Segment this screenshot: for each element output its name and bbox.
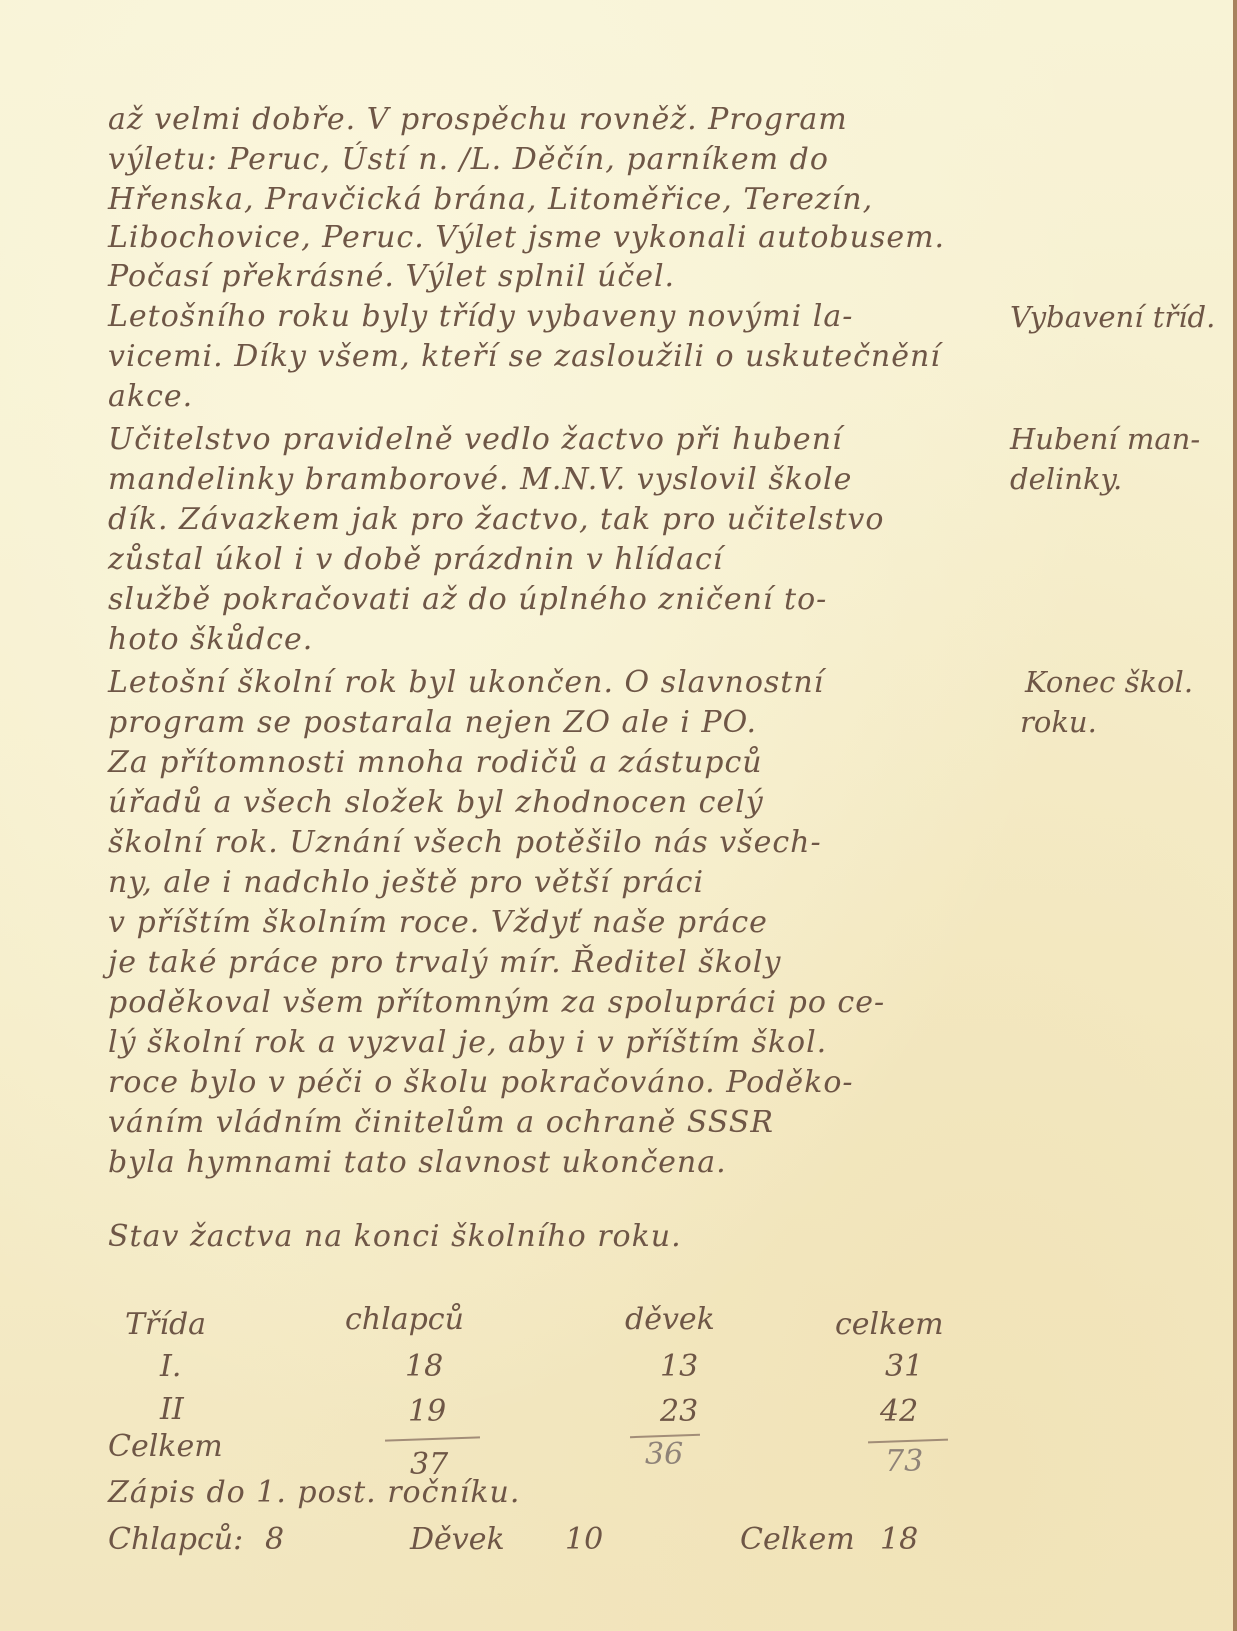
margin-note: Konec škol. [1025, 668, 1193, 697]
text-line: v příštím školním roce. Vždyť naše práce [108, 908, 768, 938]
table-cell-boys: 18 [405, 1352, 443, 1382]
sum-underline [385, 1436, 480, 1441]
table-header: chlapců [345, 1305, 464, 1335]
text-line: roce bylo v péči o školu pokračováno. Po… [108, 1068, 854, 1098]
enrollment-total-value: 18 [880, 1525, 918, 1555]
table-cell-class: I. [160, 1352, 181, 1382]
text-line: školní rok. Uznání všech potěšilo nás vš… [108, 828, 822, 858]
text-line: službě pokračovati až do úplného zničení… [108, 585, 827, 615]
enrollment-girls-label: Děvek [410, 1525, 505, 1555]
table-cell-total: 42 [880, 1397, 918, 1427]
table-cell-total: 31 [885, 1352, 923, 1382]
text-line: Letošní školní rok byl ukončen. O slavno… [108, 668, 824, 698]
totals-girls: 36 [645, 1440, 683, 1470]
table-header: Třída [125, 1310, 206, 1340]
text-line: dík. Závazkem jak pro žactvo, tak pro uč… [108, 505, 884, 535]
text-line: Libochovice, Peruc. Výlet jsme vykonali … [108, 223, 945, 253]
text-line: hoto škůdce. [108, 625, 313, 655]
text-line: byla hymnami tato slavnost ukončena. [108, 1148, 727, 1178]
margin-note: delinky. [1010, 465, 1122, 494]
enrollment-title: Zápis do 1. post. ročníku. [108, 1478, 520, 1508]
text-line: Letošního roku byly třídy vybaveny novým… [108, 302, 853, 332]
text-line: Hřenska, Pravčická brána, Litoměřice, Te… [108, 185, 873, 215]
text-line: váním vládním činitelům a ochraně SSSR [108, 1108, 774, 1138]
sum-underline [868, 1439, 948, 1444]
margin-note: Hubení man- [1010, 425, 1200, 454]
totals-total: 73 [885, 1447, 923, 1477]
margin-note: roku. [1020, 708, 1097, 737]
enrollment-girls-value: 10 [565, 1525, 603, 1555]
table-header: celkem [835, 1310, 944, 1340]
text-line: výletu: Peruc, Ústí n. /L. Děčín, parník… [108, 145, 829, 175]
table-cell-class: II [160, 1395, 184, 1425]
totals-label: Celkem [108, 1432, 223, 1462]
text-line: akce. [108, 382, 193, 412]
section-heading: Stav žactva na konci školního roku. [108, 1222, 682, 1252]
text-line: úřadů a všech složek byl zhodnocen celý [108, 788, 764, 818]
text-line: poděkoval všem přítomným za spolupráci p… [108, 988, 885, 1018]
handwritten-page: až velmi dobře. V prospěchu rovněž. Prog… [0, 0, 1237, 1631]
text-line: je také práce pro trvalý mír. Ředitel šk… [108, 948, 781, 978]
text-line: vicemi. Díky všem, kteří se zasloužili o… [108, 342, 941, 372]
text-line: program se postarala nejen ZO ale i PO. [108, 708, 757, 738]
text-line: až velmi dobře. V prospěchu rovněž. Prog… [108, 105, 848, 135]
text-line: Za přítomnosti mnoha rodičů a zástupců [108, 748, 763, 778]
text-line: mandelinky bramborové. M.N.V. vyslovil š… [108, 465, 852, 495]
table-cell-girls: 13 [660, 1352, 698, 1382]
margin-note: Vybavení tříd. [1010, 303, 1215, 332]
enrollment-boys-value: 8 [265, 1525, 284, 1555]
enrollment-boys-label: Chlapců: [108, 1525, 243, 1555]
text-line: ny, ale i nadchlo ještě pro větší práci [108, 868, 704, 898]
text-line: Učitelstvo pravidelně vedlo žactvo při h… [108, 425, 843, 455]
table-cell-boys: 19 [408, 1397, 446, 1427]
table-cell-girls: 23 [660, 1397, 698, 1427]
text-line: lý školní rok a vyzval je, aby i v příšt… [108, 1028, 827, 1058]
text-line: Počasí překrásné. Výlet splnil účel. [108, 262, 675, 292]
table-header: děvek [625, 1305, 715, 1335]
text-line: zůstal úkol i v době prázdnin v hlídací [108, 545, 723, 575]
enrollment-total-label: Celkem [740, 1525, 855, 1555]
